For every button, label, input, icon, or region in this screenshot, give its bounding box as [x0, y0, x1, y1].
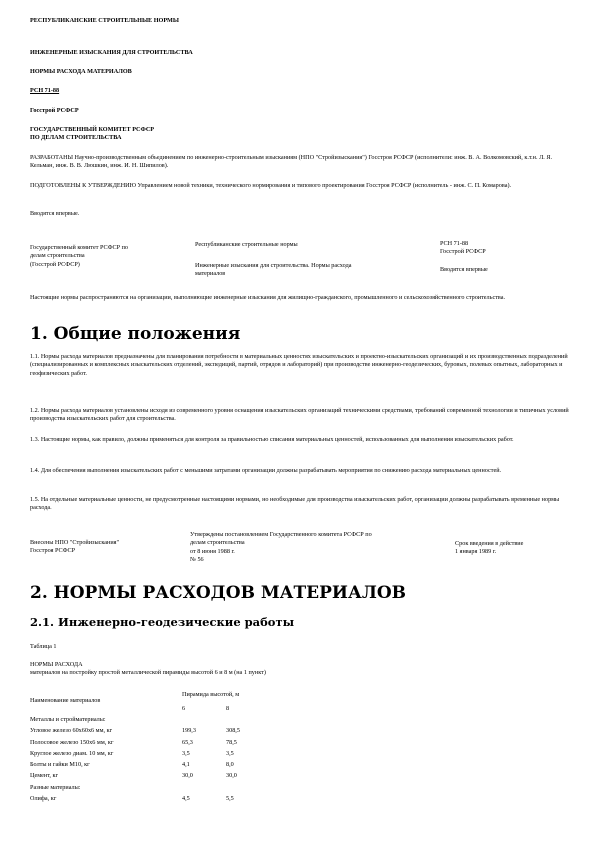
surveys-heading: ИНЖЕНЕРНЫЕ ИЗЫСКАНИЯ ДЛЯ СТРОИТЕЛЬСТВА: [30, 49, 193, 57]
column-header-material: Наименование материалов: [30, 697, 100, 705]
info-block-doc-title: Инженерные изыскания для строительства. …: [195, 262, 415, 279]
value-6m: 30,0: [182, 772, 226, 783]
info-block-doc-type: Республиканские строительные нормы: [195, 241, 415, 249]
material-name: Металлы и стройматериалы:: [30, 716, 182, 727]
value-8m: [226, 784, 270, 795]
table-row: Цемент, кг 30,0 30,0: [30, 772, 270, 783]
material-name: Полосовое железо 150x6 мм, кг: [30, 739, 182, 750]
table-row: Болты и гайки М10, кг 4,1 8,0: [30, 761, 270, 772]
agency-name: Госстрой РСФСР: [30, 107, 79, 115]
value-6m: [182, 784, 226, 795]
material-name: Разные материалы:: [30, 784, 182, 795]
value-8m: [226, 716, 270, 727]
approval-approved-by: Утверждены постановлением Государственно…: [190, 531, 450, 564]
table-row: Металлы и стройматериалы:: [30, 716, 270, 727]
table-row: Круглое железо диам. 10 мм, кг 3,5 3,5: [30, 750, 270, 761]
table-row: Полосовое железо 150x6 мм, кг 65,3 78,5: [30, 739, 270, 750]
prepared-by-paragraph: ПОДГОТОВЛЕНЫ К УТВЕРЖДЕНИЮ Управлением н…: [30, 182, 570, 190]
subsection-2-1-title: 2.1. Инженерно-геодезические работы: [30, 617, 294, 629]
value-8m: 78,5: [226, 739, 270, 750]
republic-norms-heading: РЕСПУБЛИКАНСКИЕ СТРОИТЕЛЬНЫЕ НОРМЫ: [30, 17, 179, 25]
table-label: Таблица 1: [30, 643, 56, 651]
section-2-title: 2. НОРМЫ РАСХОДОВ МАТЕРИАЛОВ: [30, 585, 406, 602]
paragraph-1-5: 1.5. На отдельные материальные ценности,…: [30, 496, 570, 513]
info-block-status: Вводятся впервые: [440, 266, 570, 274]
value-8m: 8,0: [226, 761, 270, 772]
material-name: Цемент, кг: [30, 772, 182, 783]
table-subtitle: материалов на постройку простой металлич…: [30, 669, 266, 677]
table-row: Разные материалы:: [30, 784, 270, 795]
introduced-note: Вводятся впервые.: [30, 210, 79, 218]
scope-paragraph: Настоящие нормы распространяются на орга…: [30, 294, 570, 302]
value-8m: 5,5: [226, 795, 270, 806]
document-code: РСН 71-88: [30, 87, 59, 95]
paragraph-1-3: 1.3. Настоящие нормы, как правило, должн…: [30, 436, 570, 444]
committee-name: ГОСУДАРСТВЕННЫЙ КОМИТЕТ РСФСР ПО ДЕЛАМ С…: [30, 126, 154, 143]
paragraph-1-1: 1.1. Нормы расхода материалов предназнач…: [30, 353, 570, 378]
approval-submitted-by: Внесены НПО "Стройизыскания" Госстроя РС…: [30, 539, 170, 556]
material-name: Болты и гайки М10, кг: [30, 761, 182, 772]
column-group-header-height: Пирамида высотой, м: [182, 691, 239, 699]
value-8m: 30,0: [226, 772, 270, 783]
value-6m: 199,3: [182, 727, 226, 738]
material-name: Угловое железо 60x60x6 мм, кг: [30, 727, 182, 738]
paragraph-1-2: 1.2. Нормы расхода материалов установлен…: [30, 407, 570, 424]
section-1-title: 1. Общие положения: [30, 326, 240, 343]
value-6m: [182, 716, 226, 727]
material-norms-heading: НОРМЫ РАСХОДА МАТЕРИАЛОВ: [30, 68, 132, 76]
value-6m: 3,5: [182, 750, 226, 761]
developed-by-paragraph: РАЗРАБОТАНЫ Научно-производственным объе…: [30, 154, 570, 171]
paragraph-1-4: 1.4. Для обеспечения выполнения изыскате…: [30, 467, 570, 475]
value-6m: 65,3: [182, 739, 226, 750]
table-row: Угловое железо 60x60x6 мм, кг 199,3 308,…: [30, 727, 270, 738]
info-block-code: РСН 71-88 Госстрой РСФСР: [440, 240, 570, 257]
approval-effective-date: Срок введения в действие 1 января 1989 г…: [455, 540, 575, 557]
material-name: Олифа, кг: [30, 795, 182, 806]
column-header-6m: 6: [182, 705, 185, 713]
table-row: Олифа, кг 4,5 5,5: [30, 795, 270, 806]
value-6m: 4,1: [182, 761, 226, 772]
value-8m: 3,5: [226, 750, 270, 761]
info-block-issuer: Государственный комитет РСФСР по делам с…: [30, 244, 180, 269]
value-8m: 308,5: [226, 727, 270, 738]
value-6m: 4,5: [182, 795, 226, 806]
column-header-8m: 8: [226, 705, 229, 713]
material-name: Круглое железо диам. 10 мм, кг: [30, 750, 182, 761]
material-norms-table: Металлы и стройматериалы: Угловое железо…: [30, 716, 270, 806]
